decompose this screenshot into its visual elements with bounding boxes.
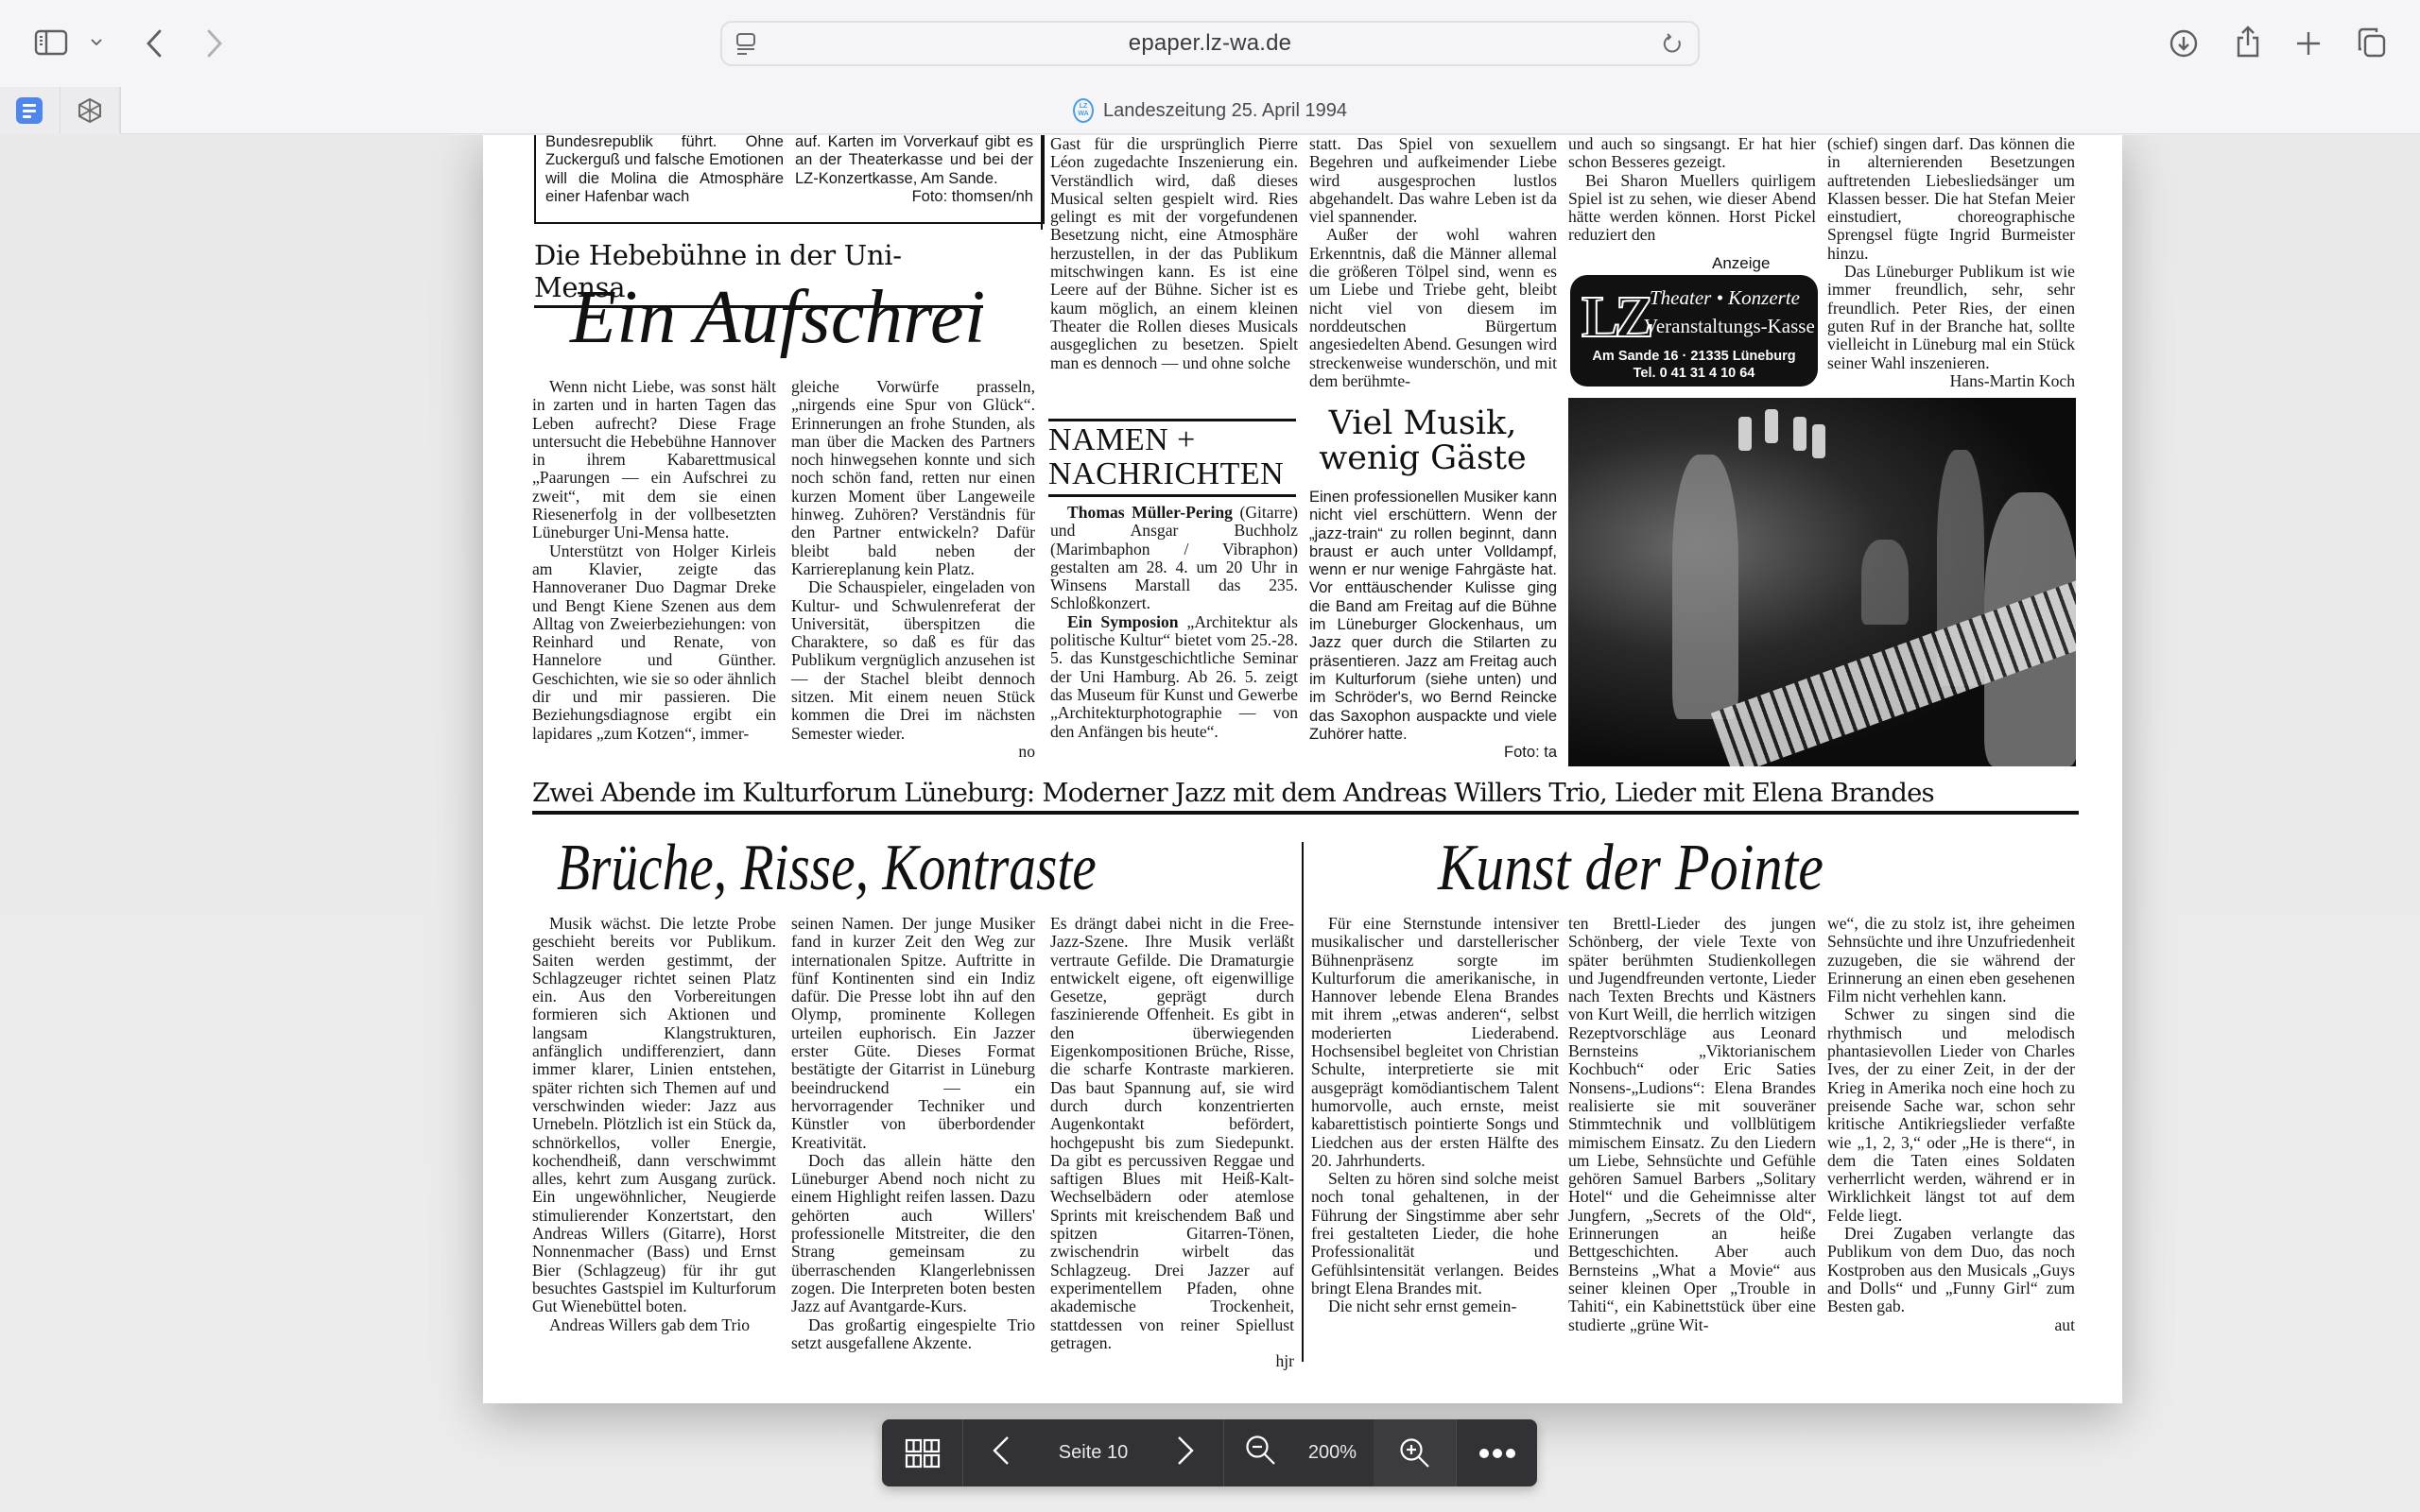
article-column: gleiche Vorwürfe prasseln, „nirgends ein… (791, 378, 1035, 761)
more-icon (1478, 1448, 1516, 1459)
news-brief-column: Thomas Müller-Pering (Gitarre) und Ansga… (1050, 504, 1298, 741)
ad-label: Anzeige (1712, 254, 1770, 273)
tab-title: Landeszeitung 25. April 1994 (1103, 100, 1347, 122)
boxed-article-col2: auf. Karten im Vorverkauf gibt es an der… (795, 135, 1033, 206)
zoom-out-icon (1245, 1435, 1277, 1467)
article-column: Es drängt dabei nicht in die Free-Jazz-S… (1050, 915, 1294, 1370)
share-button[interactable] (2231, 23, 2265, 60)
lz-ticket-advertisement[interactable]: LZ Theater • Konzerte Veranstaltungs-Kas… (1570, 275, 1818, 387)
boxed-article: Bundesrepublik führt. Ohne Zuckerguß und… (534, 135, 1045, 224)
page-menu-icon[interactable] (735, 32, 756, 61)
column-rule (1041, 135, 1043, 230)
article-column: Für eine Sternstunde intensiver musikali… (1311, 915, 1559, 1316)
sidebar-toggle-button[interactable] (32, 26, 70, 59)
author-name: Hans-Martin Koch (1827, 372, 2075, 390)
grid-icon (905, 1438, 941, 1469)
page-controls-bar: Seite 10 200% (882, 1419, 1537, 1486)
article-column: (schief) singen darf. Das können die in … (1827, 135, 2075, 390)
more-options-button[interactable] (1457, 1419, 1537, 1486)
zoom-level: 200% (1308, 1442, 1357, 1464)
downloads-button[interactable] (2167, 26, 2201, 60)
boxed-article-col1: Bundesrepublik führt. Ohne Zuckerguß und… (545, 135, 784, 206)
photo-credit: Foto: ta (1309, 744, 1557, 762)
zoom-in-button[interactable] (1374, 1419, 1457, 1486)
chevron-left-icon (992, 1435, 1011, 1466)
browser-toolbar: epaper.lz-wa.de (0, 0, 2420, 87)
plus-icon (2295, 30, 2322, 57)
column-rule (1302, 842, 1304, 1362)
previous-page-button[interactable] (992, 1435, 1011, 1470)
lz-logo: LZ (1582, 286, 1642, 351)
article-column: Musik wächst. Die letzte Probe geschieht… (532, 915, 776, 1334)
newspaper-page: Bundesrepublik führt. Ohne Zuckerguß und… (483, 135, 2122, 1403)
article-column: statt. Das Spiel von sexuellem Begehren … (1309, 135, 1557, 390)
article-headline: Brüche, Risse, Kontraste (557, 831, 1097, 906)
next-page-button[interactable] (1176, 1435, 1195, 1470)
epaper-viewer[interactable]: Bundesrepublik führt. Ohne Zuckerguß und… (0, 135, 2420, 1512)
sidebar-icon (34, 29, 68, 56)
author-initials: aut (1827, 1316, 2075, 1334)
share-icon (2234, 25, 2262, 59)
article-column: seinen Namen. Der junge Musiker fand in … (791, 915, 1035, 1352)
article-column: Wenn nicht Liebe, was sonst hält in zart… (532, 378, 776, 743)
jazz-band-photo (1568, 398, 2076, 766)
active-tab[interactable]: LZWA Landeszeitung 25. April 1994 (0, 87, 2420, 134)
author-initials: hjr (1050, 1352, 1294, 1370)
article-column: we“, die zu stolz ist, ihre geheimen Seh… (1827, 915, 2075, 1334)
url-text: epaper.lz-wa.de (1129, 30, 1291, 57)
tab-bar: LZWA Landeszeitung 25. April 1994 (0, 87, 2420, 134)
tabs-icon (2356, 26, 2388, 59)
tab-overview-button[interactable] (2354, 25, 2390, 60)
zoom-controls: 200% (1224, 1419, 1374, 1486)
sidebar-menu-button[interactable] (89, 32, 104, 53)
forward-button[interactable] (200, 25, 229, 62)
page-number: Seite 10 (1059, 1442, 1128, 1464)
back-button[interactable] (140, 25, 168, 62)
chevron-left-icon (146, 29, 163, 58)
page-navigation: Seite 10 (963, 1419, 1224, 1486)
chevron-right-icon (1176, 1435, 1195, 1466)
author-initials: no (791, 743, 1035, 761)
article-column: Gast für die ursprünglich Pierre Léon zu… (1050, 135, 1298, 372)
article-column: ten Brettl-Lieder des jungen Schönberg, … (1568, 915, 1816, 1334)
reload-icon[interactable] (1662, 32, 1685, 61)
section-heading-namen: NAMEN + NACHRICHTEN (1048, 419, 1296, 497)
chevron-right-icon (206, 29, 223, 58)
zoom-out-button[interactable] (1245, 1435, 1277, 1471)
new-tab-button[interactable] (2291, 26, 2325, 60)
article-column: Einen professionellen Musiker kann nicht… (1309, 489, 1557, 762)
zoom-in-icon (1399, 1437, 1431, 1469)
lz-wa-favicon-icon: LZWA (1073, 98, 1094, 123)
article-headline: Ein Aufschrei (570, 275, 986, 361)
article-column: und auch so singsangt. Er hat hier schon… (1568, 135, 1816, 245)
section-banner: Zwei Abende im Kulturforum Lüneburg: Mod… (532, 778, 2079, 815)
article-headline: Viel Musik, wenig Gäste (1296, 406, 1549, 476)
article-headline: Kunst der Pointe (1438, 831, 1824, 906)
download-icon (2169, 28, 2199, 59)
thumbnail-grid-button[interactable] (882, 1419, 963, 1486)
chevron-down-icon (91, 39, 102, 46)
address-bar[interactable]: epaper.lz-wa.de (720, 21, 1700, 66)
